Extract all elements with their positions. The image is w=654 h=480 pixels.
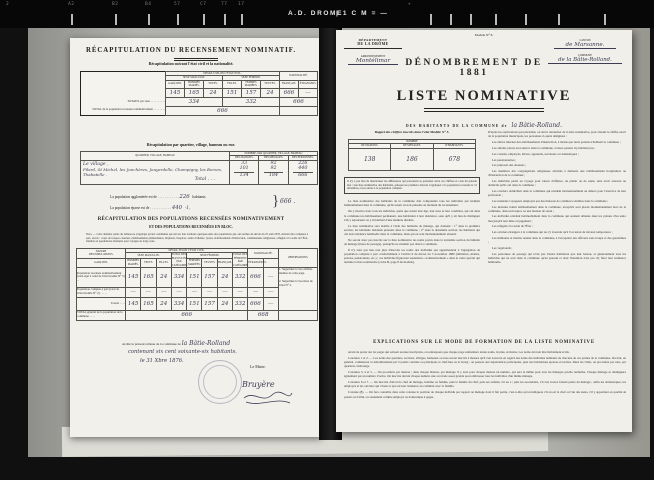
paragraph: Colonne (8). — On fera connaître dans ce… bbox=[344, 390, 626, 398]
left-column: Rappel des chiffres inscrits dans l'état… bbox=[344, 130, 480, 266]
cell: NATIONALITÉ. bbox=[248, 249, 279, 259]
ruler-tick bbox=[203, 14, 205, 25]
closing-line2: contenant six cent soixante-six habitant… bbox=[128, 349, 237, 355]
paragraph: Colonnes 3, 4 et 5. — On procédera par m… bbox=[344, 370, 626, 378]
cell: 332 bbox=[223, 97, 280, 106]
canton-commune-block: CANTON de Marsanne. COMMUNE de la Bâtie-… bbox=[544, 39, 626, 64]
cell: TOTAUX par sexe . . . . . . . . . . bbox=[81, 97, 166, 106]
table-row: NATURE DES POPULATIONS. DÉTAIL SELON L'É… bbox=[77, 249, 318, 253]
list-item: Les individus partis en voyage pour rais… bbox=[488, 179, 626, 187]
list-item: Les préposés des douanes ; bbox=[488, 163, 626, 167]
brace: } bbox=[272, 193, 279, 210]
table-row: TOTAUX par sexe . . . . . . . . . . 334 … bbox=[81, 97, 318, 106]
obs-note: 1. Supprimer ici les chiffres inutiles d… bbox=[279, 268, 317, 276]
cell: TOTAL de la population recensée nominati… bbox=[81, 106, 166, 115]
cell: 24 bbox=[261, 88, 280, 97]
cell: Garçons. bbox=[77, 258, 126, 267]
cell: 186 bbox=[391, 148, 433, 170]
paragraph: On y inscrira donc tous les individus, q… bbox=[344, 209, 480, 221]
signature-text: Bruyère bbox=[242, 380, 275, 389]
intro-paragraph: D'après les explications qui précèdent, … bbox=[488, 130, 626, 138]
ruler-tick bbox=[430, 14, 432, 25]
cell: 145 bbox=[166, 88, 185, 97]
paragraph: Colonnes 6 et 7. — On inscrira d'abord l… bbox=[344, 380, 626, 388]
cell: DES PERSONNES. bbox=[288, 156, 317, 160]
departement-name: DE LA DRÔME bbox=[344, 42, 402, 46]
cell: Femmes mariées. bbox=[187, 258, 202, 267]
quartier-row2: Pilard, St Michel, les Junchères, Jouyar… bbox=[81, 167, 229, 177]
cell: OBSERVATIONS. bbox=[279, 249, 318, 268]
cell: Hommes mariés. bbox=[185, 80, 204, 88]
cell: 138 bbox=[349, 148, 391, 170]
label: La population agglomérée est de bbox=[110, 195, 157, 199]
ruler-tick bbox=[115, 14, 117, 25]
right-column: D'après les explications qui précèdent, … bbox=[488, 130, 626, 266]
cell: TOTAL des masculins par catégorie. bbox=[171, 253, 186, 268]
cell: 145 bbox=[126, 297, 141, 310]
list-item: Les personnes de passage qui n'ont pas d… bbox=[488, 252, 626, 264]
list-item: Les nomades voyageurs employés par des m… bbox=[488, 199, 626, 203]
ruler-tick-label: 57 bbox=[174, 2, 180, 7]
table-row: QUARTIER, VILLAGE, HAMEAU NOMBRE, PAR QU… bbox=[81, 152, 318, 156]
cell bbox=[279, 310, 318, 320]
signature-flourish bbox=[242, 389, 294, 407]
cell: 332 bbox=[233, 267, 248, 287]
list-item: Les membres des congrégations religieuse… bbox=[488, 169, 626, 177]
commune-handwritten: la Bâtie-Rolland bbox=[182, 340, 231, 347]
left-title2-line2: ET DES POPULATIONS RECENSÉES EN BLOC. bbox=[70, 225, 312, 229]
ruler-tick-label: + bbox=[408, 2, 411, 7]
ruler-tick bbox=[525, 14, 527, 25]
cell: 165 bbox=[141, 297, 156, 310]
table-etat-civil: DÉTAILS SELON L'ÉTAT CIVIL. NATIONALITÉ.… bbox=[80, 71, 318, 116]
paragraph: Colonnes 1 et 2. — Les noms des quartier… bbox=[344, 356, 626, 368]
title-ornament: —·— bbox=[396, 71, 552, 76]
cell: Veuves. bbox=[202, 258, 217, 267]
cell: Garçons. bbox=[166, 80, 185, 88]
table-row: Population recensée nominativement (tota… bbox=[77, 267, 318, 287]
cell: 666 bbox=[166, 106, 280, 115]
cell: 334 bbox=[166, 97, 223, 106]
cell: — bbox=[187, 287, 202, 297]
closing-date: le 31 Xbre 1876. bbox=[140, 358, 184, 364]
nombre-table: NOMBRE DE MAISONS. DE MÉNAGES. D'HABITAN… bbox=[348, 139, 476, 171]
cell: TOTAL des féminins par catégorie. bbox=[233, 253, 248, 268]
cell: — bbox=[263, 267, 278, 287]
paragraph: Il n'y aura pas lieu non plus d'inscrire… bbox=[344, 248, 480, 265]
list-item: Les réfugiés à la solde de l'État ; bbox=[488, 224, 626, 228]
cell: 24 bbox=[217, 267, 232, 287]
cell: 666 bbox=[248, 267, 263, 287]
population-agglomeree-line: La population agglomérée est de . . . . … bbox=[110, 194, 206, 200]
list-item: Les malades traités habituellement dans … bbox=[488, 205, 626, 213]
cell: 24 bbox=[204, 88, 223, 97]
cell: — bbox=[299, 88, 318, 97]
cell: Hommes mariés. bbox=[126, 258, 141, 267]
list-item: Les individus résidant habituellement da… bbox=[488, 214, 626, 222]
cell: — bbox=[263, 287, 278, 297]
cell: — bbox=[141, 287, 156, 297]
label: La population éparse est de bbox=[110, 206, 149, 210]
ruler-tick-label: C7 bbox=[200, 2, 206, 7]
cell: — bbox=[233, 287, 248, 297]
printed-text: DES HABITANTS DE LA COMMUNE de bbox=[406, 124, 508, 128]
table-row: TOTAL de la population recensée nominati… bbox=[81, 106, 318, 115]
ruler-tick bbox=[241, 14, 243, 25]
cell: Étrangers. bbox=[299, 80, 318, 88]
paragraph: Ne seront donc pas inscrits sur la liste… bbox=[344, 238, 480, 246]
cell: Filles. bbox=[223, 80, 242, 88]
cell: 157 bbox=[202, 297, 217, 310]
table-row: TOTAL général de la population de la com… bbox=[77, 310, 318, 320]
paragraph: La liste nominative sera établie à l'aid… bbox=[344, 224, 480, 236]
cell: 145 bbox=[126, 267, 141, 287]
cell bbox=[81, 88, 166, 97]
left-title2-line1: RÉCAPITULATION DES POPULATIONS RECENSÉES… bbox=[70, 217, 312, 222]
cell bbox=[280, 106, 318, 115]
ruler-tick-label: A2 bbox=[68, 2, 74, 7]
list-item: Les pensionnaires ; bbox=[488, 158, 626, 162]
header-line: DES POPULATIONS. bbox=[77, 253, 125, 256]
left-page-title: RÉCAPITULATION DU RECENSEMENT NOMINATIF. bbox=[70, 47, 312, 54]
title-double-rule bbox=[424, 108, 544, 112]
cell: 668 bbox=[248, 310, 279, 320]
ruler-tick bbox=[495, 14, 497, 25]
maire-label: Le Maire. bbox=[250, 364, 266, 369]
quartier-names-cell: Le village , Pilard, St Michel, les Junc… bbox=[81, 160, 230, 184]
cell: 666 bbox=[248, 297, 263, 310]
value: 440 bbox=[172, 205, 182, 211]
modele-label: Modèle N° 6. bbox=[336, 33, 632, 37]
ruler-tick-label: B4 bbox=[145, 2, 151, 7]
unit: habitants. bbox=[192, 195, 206, 199]
maisons-cell: 33 101 134 bbox=[230, 160, 259, 184]
ruler-tick bbox=[604, 14, 606, 25]
nota-paragraph: Nota. — Cette dernière partie du tableau… bbox=[86, 233, 308, 244]
list-item: Les ouvriers étrangers à la commune qui … bbox=[488, 230, 626, 234]
table-quartiers: QUARTIER, VILLAGE, HAMEAU NOMBRE, PAR QU… bbox=[80, 151, 318, 185]
left-subtitle-etat-civil: Récapitulation suivant l'état civil et l… bbox=[70, 61, 312, 66]
cell: 151 bbox=[223, 88, 242, 97]
ruler-tick bbox=[558, 14, 560, 25]
microfilm-ruler-bar: 2 A.D. DROME | 1 C M = — A2B2B457C77717+ bbox=[0, 0, 654, 28]
cell: 334 bbox=[171, 297, 186, 310]
cell: Français. bbox=[280, 80, 299, 88]
cell: Femmes mariées. bbox=[242, 80, 261, 88]
cell: — bbox=[263, 297, 278, 310]
cell: 151 bbox=[187, 267, 202, 287]
divider bbox=[344, 48, 402, 49]
value: 226 bbox=[179, 194, 189, 200]
cell: Filles. bbox=[156, 258, 171, 267]
table-populations: NATURE DES POPULATIONS. DÉTAIL SELON L'É… bbox=[76, 248, 318, 321]
value: 184 bbox=[259, 173, 287, 179]
cell: — bbox=[217, 287, 232, 297]
cell: 157 bbox=[202, 267, 217, 287]
cell: — bbox=[202, 287, 217, 297]
cell: 24 bbox=[156, 297, 171, 310]
scanned-census-spread: 2 A.D. DROME | 1 C M = — A2B2B457C77717+… bbox=[0, 0, 654, 480]
cell: Veufs. bbox=[141, 258, 156, 267]
cell: 666 bbox=[280, 88, 299, 97]
left-page: RÉCAPITULATION DU RECENSEMENT NOMINATIF.… bbox=[70, 38, 322, 437]
cell: QUARTIER, VILLAGE, HAMEAU bbox=[81, 152, 230, 161]
cell: Veufs. bbox=[204, 80, 223, 88]
cell: 678 bbox=[433, 148, 475, 170]
commune-handwritten: la Bâtie-Rolland. bbox=[512, 122, 562, 129]
cell: — bbox=[171, 287, 186, 297]
cell: — bbox=[248, 287, 263, 297]
dot-leader: . . . . . . . . . . . . bbox=[150, 206, 171, 210]
cell: Veuves. bbox=[261, 80, 280, 88]
left-column-paragraphs: La liste nominative des habitants de la … bbox=[344, 199, 480, 264]
cell: 666 bbox=[280, 97, 318, 106]
explications-title: EXPLICATIONS SUR LE MODE DE FORMATION DE… bbox=[336, 340, 632, 345]
cell: 666 bbox=[126, 310, 248, 320]
hand-underline bbox=[548, 63, 622, 64]
departement-block: DÉPARTEMENT DE LA DRÔME ARRONDISSEMENT M… bbox=[344, 38, 402, 65]
value: 666 bbox=[289, 173, 317, 179]
list-item: Les ouvriers domiciliés dans la commune … bbox=[488, 189, 626, 197]
ruler-tick-label: 17 bbox=[238, 2, 244, 7]
cell bbox=[81, 72, 166, 89]
menages-cell: 92 92 184 bbox=[259, 160, 288, 184]
cell: 157 bbox=[242, 88, 261, 97]
archive-label: A.D. DROME bbox=[288, 10, 343, 17]
mayor-stamp bbox=[198, 360, 242, 404]
list-item: Les vagabonds ; bbox=[488, 246, 626, 250]
value: 134 bbox=[230, 173, 258, 179]
liste-nominative-title: LISTE NOMINATIVE bbox=[336, 88, 632, 105]
dot-leader: . . . . . . . . . . . . bbox=[158, 195, 179, 199]
cell: 334 bbox=[171, 267, 186, 287]
closing-line1: Arrêté le présent tableau de la commune … bbox=[122, 340, 230, 347]
ruler-tick bbox=[224, 14, 226, 25]
ruler-tick bbox=[177, 14, 179, 25]
observations-cell: 1. Supprimer ici les chiffres inutiles d… bbox=[279, 267, 318, 310]
cell: 151 bbox=[187, 297, 202, 310]
printed-text: Arrêté le présent tableau de la commune … bbox=[122, 342, 181, 346]
list-item: Les militaires et marins rentrés dans la… bbox=[488, 236, 626, 244]
cell: — bbox=[156, 287, 171, 297]
ruler-tick bbox=[71, 14, 73, 25]
ruler-corner-label: 2 bbox=[6, 2, 9, 7]
paragraph: La liste nominative des habitants de la … bbox=[344, 199, 480, 207]
ruler-tick-label: 77 bbox=[221, 2, 227, 7]
table-row: DE MAISONS. DE MÉNAGES. D'HABITANTS. bbox=[349, 144, 476, 148]
explications-paragraphs: Avant de porter sur les pages qui suiven… bbox=[344, 350, 626, 401]
cell: 24 bbox=[217, 297, 232, 310]
cell: TOTAL général de la population de la com… bbox=[77, 310, 126, 320]
brace-total: 666 . bbox=[280, 198, 295, 205]
note: -1, bbox=[185, 206, 191, 211]
exclusion-list: Les élèves internes des établissements d… bbox=[488, 140, 626, 264]
cell: Français. bbox=[217, 258, 232, 267]
ruler-tick bbox=[470, 14, 472, 25]
cell: 332 bbox=[233, 297, 248, 310]
cell: 165 bbox=[185, 88, 204, 97]
table-row: 138 186 678 bbox=[349, 148, 476, 170]
cell: Étrangères. bbox=[248, 258, 263, 267]
table-row: Le village , Pilard, St Michel, les Junc… bbox=[81, 160, 318, 184]
paragraph: Avant de porter sur les pages qui suiven… bbox=[344, 350, 626, 354]
right-page: Modèle N° 6. DÉPARTEMENT DE LA DRÔME ARR… bbox=[336, 30, 632, 432]
list-item: Les élèves internes des établissements d… bbox=[488, 140, 626, 144]
rappel-label: Rappel des chiffres inscrits dans l'état… bbox=[344, 130, 480, 134]
ruler-tick-label: B2 bbox=[112, 2, 118, 7]
list-item: Les consuls, employés, élèves, apprentis… bbox=[488, 152, 626, 156]
personnes-cell: 226 440 666 bbox=[288, 160, 317, 184]
cell: Population recensée nominativement (tota… bbox=[77, 267, 126, 287]
ruler-tick bbox=[450, 14, 452, 25]
list-item: Les enfants placés en nourrice dans la c… bbox=[488, 146, 626, 150]
table-row: 145 165 24 151 157 24 666 — bbox=[81, 88, 318, 97]
cell: NATIONALITÉ. bbox=[280, 72, 318, 81]
cell: — bbox=[126, 287, 141, 297]
hand-underline bbox=[348, 64, 398, 65]
cell: 24 bbox=[156, 267, 171, 287]
cell: NATURE DES POPULATIONS. bbox=[77, 249, 126, 259]
hand-underline bbox=[554, 48, 616, 49]
obs-note: 2. Supprimer ici les mots de l'état N° 2… bbox=[279, 280, 317, 288]
cell: 165 bbox=[141, 267, 156, 287]
ruler-tick bbox=[148, 14, 150, 25]
cell: Totaux . . . . bbox=[77, 297, 126, 310]
boxed-note: Il n'y a pas lieu de mentionner les diff… bbox=[344, 177, 480, 194]
left-subtitle-quartier: Récapitulation par quartier, village, ha… bbox=[70, 142, 312, 147]
mayor-signature: Bruyère bbox=[242, 374, 294, 407]
population-eparse-line: La population éparse est de . . . . . . … bbox=[110, 205, 191, 211]
scale-label: | 1 C M = — bbox=[336, 10, 388, 17]
quartier-total-label: Total . . . bbox=[81, 177, 229, 182]
cell: Population comptée à part (total de l'ét… bbox=[77, 287, 126, 297]
